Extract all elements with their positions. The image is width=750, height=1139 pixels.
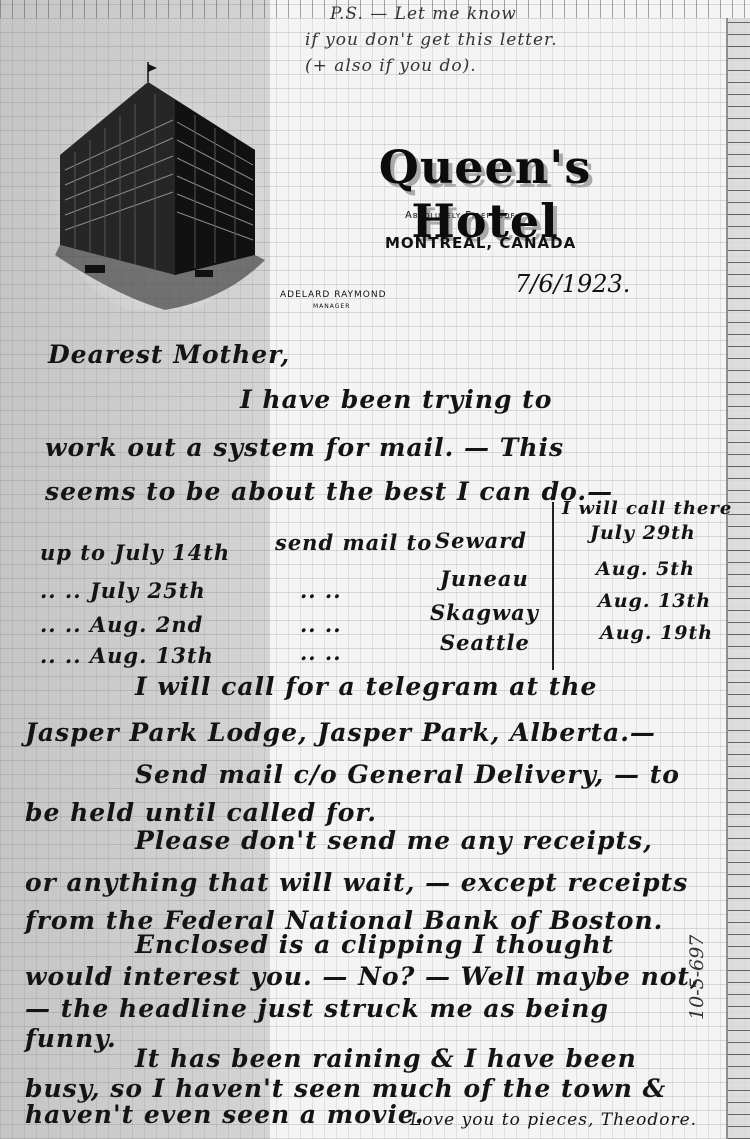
schedule-until: .. .. Aug. 13th [40, 643, 214, 668]
schedule-call-date: July 29th [590, 522, 696, 544]
body-line: Send mail c/o General Delivery, — to [135, 760, 680, 789]
intro-line-3: seems to be about the best I can do.— [45, 477, 613, 506]
body-line: Enclosed is a clipping I thought [135, 930, 614, 959]
manager-name: ADELARD RAYMOND [280, 290, 387, 300]
schedule-call-date: Aug. 5th [596, 558, 695, 580]
intro-line-2: work out a system for mail. — This [45, 433, 564, 462]
schedule-action: .. .. [300, 640, 342, 665]
postscript-line-2: if you don't get this letter. [305, 30, 558, 50]
schedule-call-date: Aug. 13th [598, 590, 711, 612]
postscript-line-3: (+ also if you do). [305, 56, 477, 76]
schedule-action: send mail to [275, 530, 432, 555]
schedule-place: Juneau [440, 566, 529, 591]
intro-line-1: I have been trying to [240, 385, 552, 414]
schedule-place: Seward [435, 528, 527, 553]
letter-date: 7/6/1923. [515, 270, 630, 298]
schedule-call-date: Aug. 19th [600, 622, 713, 644]
body-line: busy, so I haven't seen much of the town… [25, 1074, 666, 1103]
body-line: haven't even seen a movie. [25, 1100, 425, 1129]
body-line: I will call for a telegram at the [135, 672, 597, 701]
hotel-city: MONTREAL, CANADA [385, 234, 576, 252]
salutation: Dearest Mother, [48, 340, 290, 369]
schedule-place: Skagway [430, 600, 539, 625]
hotel-tagline: Absolutely Fireproof [405, 210, 516, 221]
hotel-building-illustration [55, 60, 265, 310]
body-line: Please don't send me any receipts, [135, 826, 653, 855]
archive-margin-note: 10-5-697 [686, 935, 708, 1020]
body-line: funny. [25, 1024, 117, 1053]
right-grid-edge [726, 18, 750, 1139]
manager-title: MANAGER [313, 303, 350, 310]
body-line: — the headline just struck me as being [25, 994, 609, 1023]
body-line: It has been raining & I have been [135, 1044, 637, 1073]
schedule-until: .. .. Aug. 2nd [40, 612, 203, 637]
schedule-action: .. .. [300, 578, 342, 603]
body-line: or anything that will wait, — except rec… [25, 868, 688, 897]
schedule-place: Seattle [440, 630, 530, 655]
call-there-header: I will call there [562, 498, 732, 519]
closing-signature: Love you to pieces, Theodore. [410, 1110, 697, 1130]
postscript-line-1: P.S. — Let me know [330, 4, 517, 24]
hotel-name-logo: Queen's Hotel [305, 140, 665, 248]
schedule-until: .. .. July 25th [40, 578, 206, 603]
schedule-divider [552, 502, 554, 670]
body-line: be held until called for. [25, 798, 377, 827]
body-line: Jasper Park Lodge, Jasper Park, Alberta.… [25, 718, 656, 747]
schedule-until: up to July 14th [40, 540, 230, 565]
body-line: would interest you. — No? — Well maybe n… [25, 962, 700, 991]
schedule-action: .. .. [300, 612, 342, 637]
